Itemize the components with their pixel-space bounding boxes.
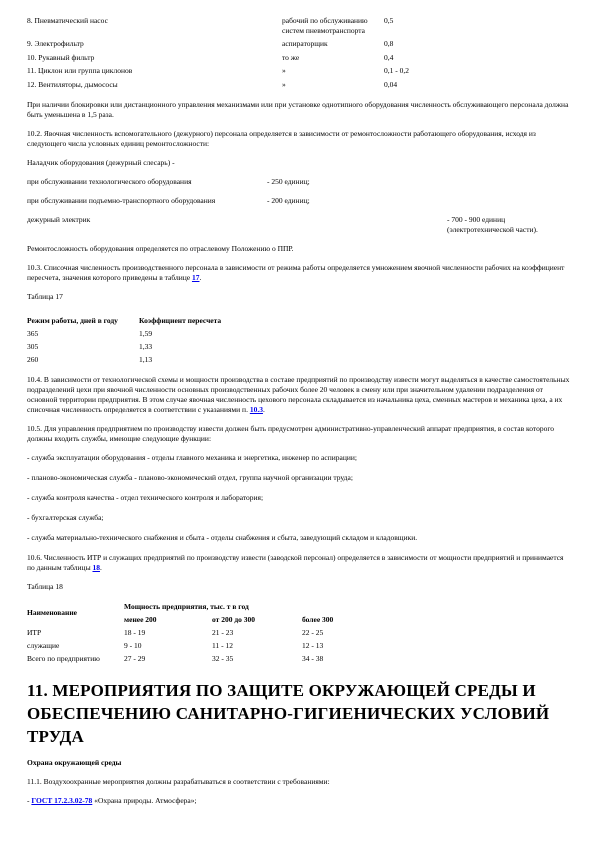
row-label: Всего по предприятию: [27, 652, 124, 665]
list-item: - бухгалтерская служба;: [27, 513, 570, 523]
profession-cell: »: [282, 80, 384, 90]
document-page: 8. Пневматический насос рабочий по обслу…: [0, 0, 595, 806]
coefficient-value: 0,8: [384, 39, 570, 49]
link-gost-17-2-3-02-78[interactable]: ГОСТ 17.2.3.02-78: [31, 796, 92, 805]
paragraph-text: «Охрана природы. Атмосфера»;: [92, 796, 196, 805]
group-header: Мощность предприятия, тыс. т в год: [124, 600, 570, 613]
table-17: Режим работы, дней в году Коэффициент пе…: [27, 314, 570, 366]
paragraph-text: 10.4. В зависимости от технологической с…: [27, 375, 569, 414]
row-label: служащие: [27, 639, 124, 652]
column-header: Наименование: [27, 606, 124, 619]
table-row: 9. Электрофильтр аспираторщик 0,8: [27, 39, 570, 49]
coefficient-value: 1,59: [139, 327, 570, 340]
work-mode-value: 365: [27, 327, 139, 340]
table-header-row: Режим работы, дней в году Коэффициент пе…: [27, 314, 570, 327]
column-header: более 300: [302, 613, 570, 626]
column-header: Режим работы, дней в году: [27, 314, 139, 327]
paragraph-10-2: 10.2. Явочная численность вспомогательно…: [27, 129, 570, 149]
list-item: - служба материально-технического снабже…: [27, 533, 570, 543]
equipment-label: 11. Циклон или группа циклонов: [27, 66, 282, 76]
repair-units-value: - 700 - 900 единиц (электротехнической ч…: [447, 215, 570, 235]
table-row: 260 1,13: [27, 353, 570, 366]
section-11-heading: 11. МЕРОПРИЯТИЯ ПО ЗАЩИТЕ ОКРУЖАЮЩЕЙ СРЕ…: [27, 679, 570, 748]
coefficient-value: 1,13: [139, 353, 570, 366]
column-header: Коэффициент пересчета: [139, 314, 570, 327]
table-row: 365 1,59: [27, 327, 570, 340]
coefficient-value: 0,4: [384, 53, 570, 63]
repair-units-row: дежурный электрик - 700 - 900 единиц (эл…: [27, 215, 570, 235]
column-header: менее 200: [124, 613, 212, 626]
equipment-label: 10. Рукавный фильтр: [27, 53, 282, 63]
work-mode-value: 260: [27, 353, 139, 366]
paragraph-10-4: 10.4. В зависимости от технологической с…: [27, 375, 570, 415]
repair-units-label: при обслуживании технологического оборуд…: [27, 177, 267, 187]
link-table-18[interactable]: 18: [92, 563, 100, 572]
paragraph-text: .: [199, 273, 201, 282]
paragraph-10-6: 10.6. Численность ИТР и служащих предпри…: [27, 553, 570, 573]
table-row: 10. Рукавный фильтр то же 0,4: [27, 53, 570, 63]
paragraph-10-5: 10.5. Для управления предприятием по про…: [27, 424, 570, 444]
equipment-label: 9. Электрофильтр: [27, 39, 282, 49]
equipment-staffing-table: 8. Пневматический насос рабочий по обслу…: [27, 16, 570, 90]
paragraph-text: 10.3. Списочная численность производстве…: [27, 263, 564, 282]
gost-list-item: - ГОСТ 17.2.3.02-78 «Охрана природы. Атм…: [27, 796, 570, 806]
coefficient-value: 0,1 - 0,2: [384, 66, 570, 76]
services-list: - служба эксплуатации оборудования - отд…: [27, 453, 570, 543]
cell-value: 11 - 12: [212, 639, 302, 652]
link-clause-10-3[interactable]: 10.3: [250, 405, 263, 414]
table-row: 305 1,33: [27, 340, 570, 353]
table-18-caption: Таблица 18: [27, 582, 570, 592]
list-item: - служба эксплуатации оборудования - отд…: [27, 453, 570, 463]
paragraph-11-1: 11.1. Воздухоохранные мероприятия должны…: [27, 777, 570, 787]
repair-units-label: дежурный электрик: [27, 215, 447, 235]
cell-value: 32 - 35: [212, 652, 302, 665]
repair-units-value: - 250 единиц;: [267, 177, 310, 187]
profession-cell: »: [282, 66, 384, 76]
table-row: 12. Вентиляторы, дымососы » 0,04: [27, 80, 570, 90]
column-header: от 200 до 300: [212, 613, 302, 626]
cell-value: 22 - 25: [302, 626, 570, 639]
paragraph-text: .: [263, 405, 265, 414]
profession-cell: то же: [282, 53, 384, 63]
profession-cell: аспираторщик: [282, 39, 384, 49]
profession-cell: рабочий по обслуживанию систем пневмотра…: [282, 16, 384, 35]
coefficient-value: 0,5: [384, 16, 570, 35]
paragraph-blocking-note: При наличии блокировки или дистанционног…: [27, 100, 570, 120]
paragraph-10-3: 10.3. Списочная численность производстве…: [27, 263, 570, 283]
cell-value: 34 - 38: [302, 652, 570, 665]
list-item: - служба контроля качества - отдел техни…: [27, 493, 570, 503]
row-label: ИТР: [27, 626, 124, 639]
table-18: Наименование Мощность предприятия, тыс. …: [27, 600, 570, 665]
cell-value: 9 - 10: [124, 639, 212, 652]
coefficient-value: 0,04: [384, 80, 570, 90]
equipment-label: 12. Вентиляторы, дымососы: [27, 80, 282, 90]
paragraph-ppr: Ремонтосложность оборудования определяет…: [27, 244, 570, 254]
table-18-grid: Наименование Мощность предприятия, тыс. …: [27, 600, 570, 665]
paragraph-text: .: [100, 563, 102, 572]
repair-units-row: при обслуживании технологического оборуд…: [27, 177, 570, 187]
table-row: 11. Циклон или группа циклонов » 0,1 - 0…: [27, 66, 570, 76]
repair-units-label: при обслуживании подъемно-транспортного …: [27, 196, 267, 206]
cell-value: 21 - 23: [212, 626, 302, 639]
cell-value: 12 - 13: [302, 639, 570, 652]
work-mode-value: 305: [27, 340, 139, 353]
env-protection-subheading: Охрана окружающей среды: [27, 758, 570, 768]
table-row: 8. Пневматический насос рабочий по обслу…: [27, 16, 570, 35]
repair-units-row: при обслуживании подъемно-транспортного …: [27, 196, 570, 206]
coefficient-value: 1,33: [139, 340, 570, 353]
list-item: - планово-экономическая служба - планово…: [27, 473, 570, 483]
paragraph-naladchik: Наладчик оборудования (дежурный слесарь)…: [27, 158, 570, 168]
paragraph-text: 10.6. Численность ИТР и служащих предпри…: [27, 553, 564, 572]
repair-units-value: - 200 единиц;: [267, 196, 310, 206]
cell-value: 27 - 29: [124, 652, 212, 665]
cell-value: 18 - 19: [124, 626, 212, 639]
equipment-label: 8. Пневматический насос: [27, 16, 282, 35]
table-17-caption: Таблица 17: [27, 292, 570, 302]
